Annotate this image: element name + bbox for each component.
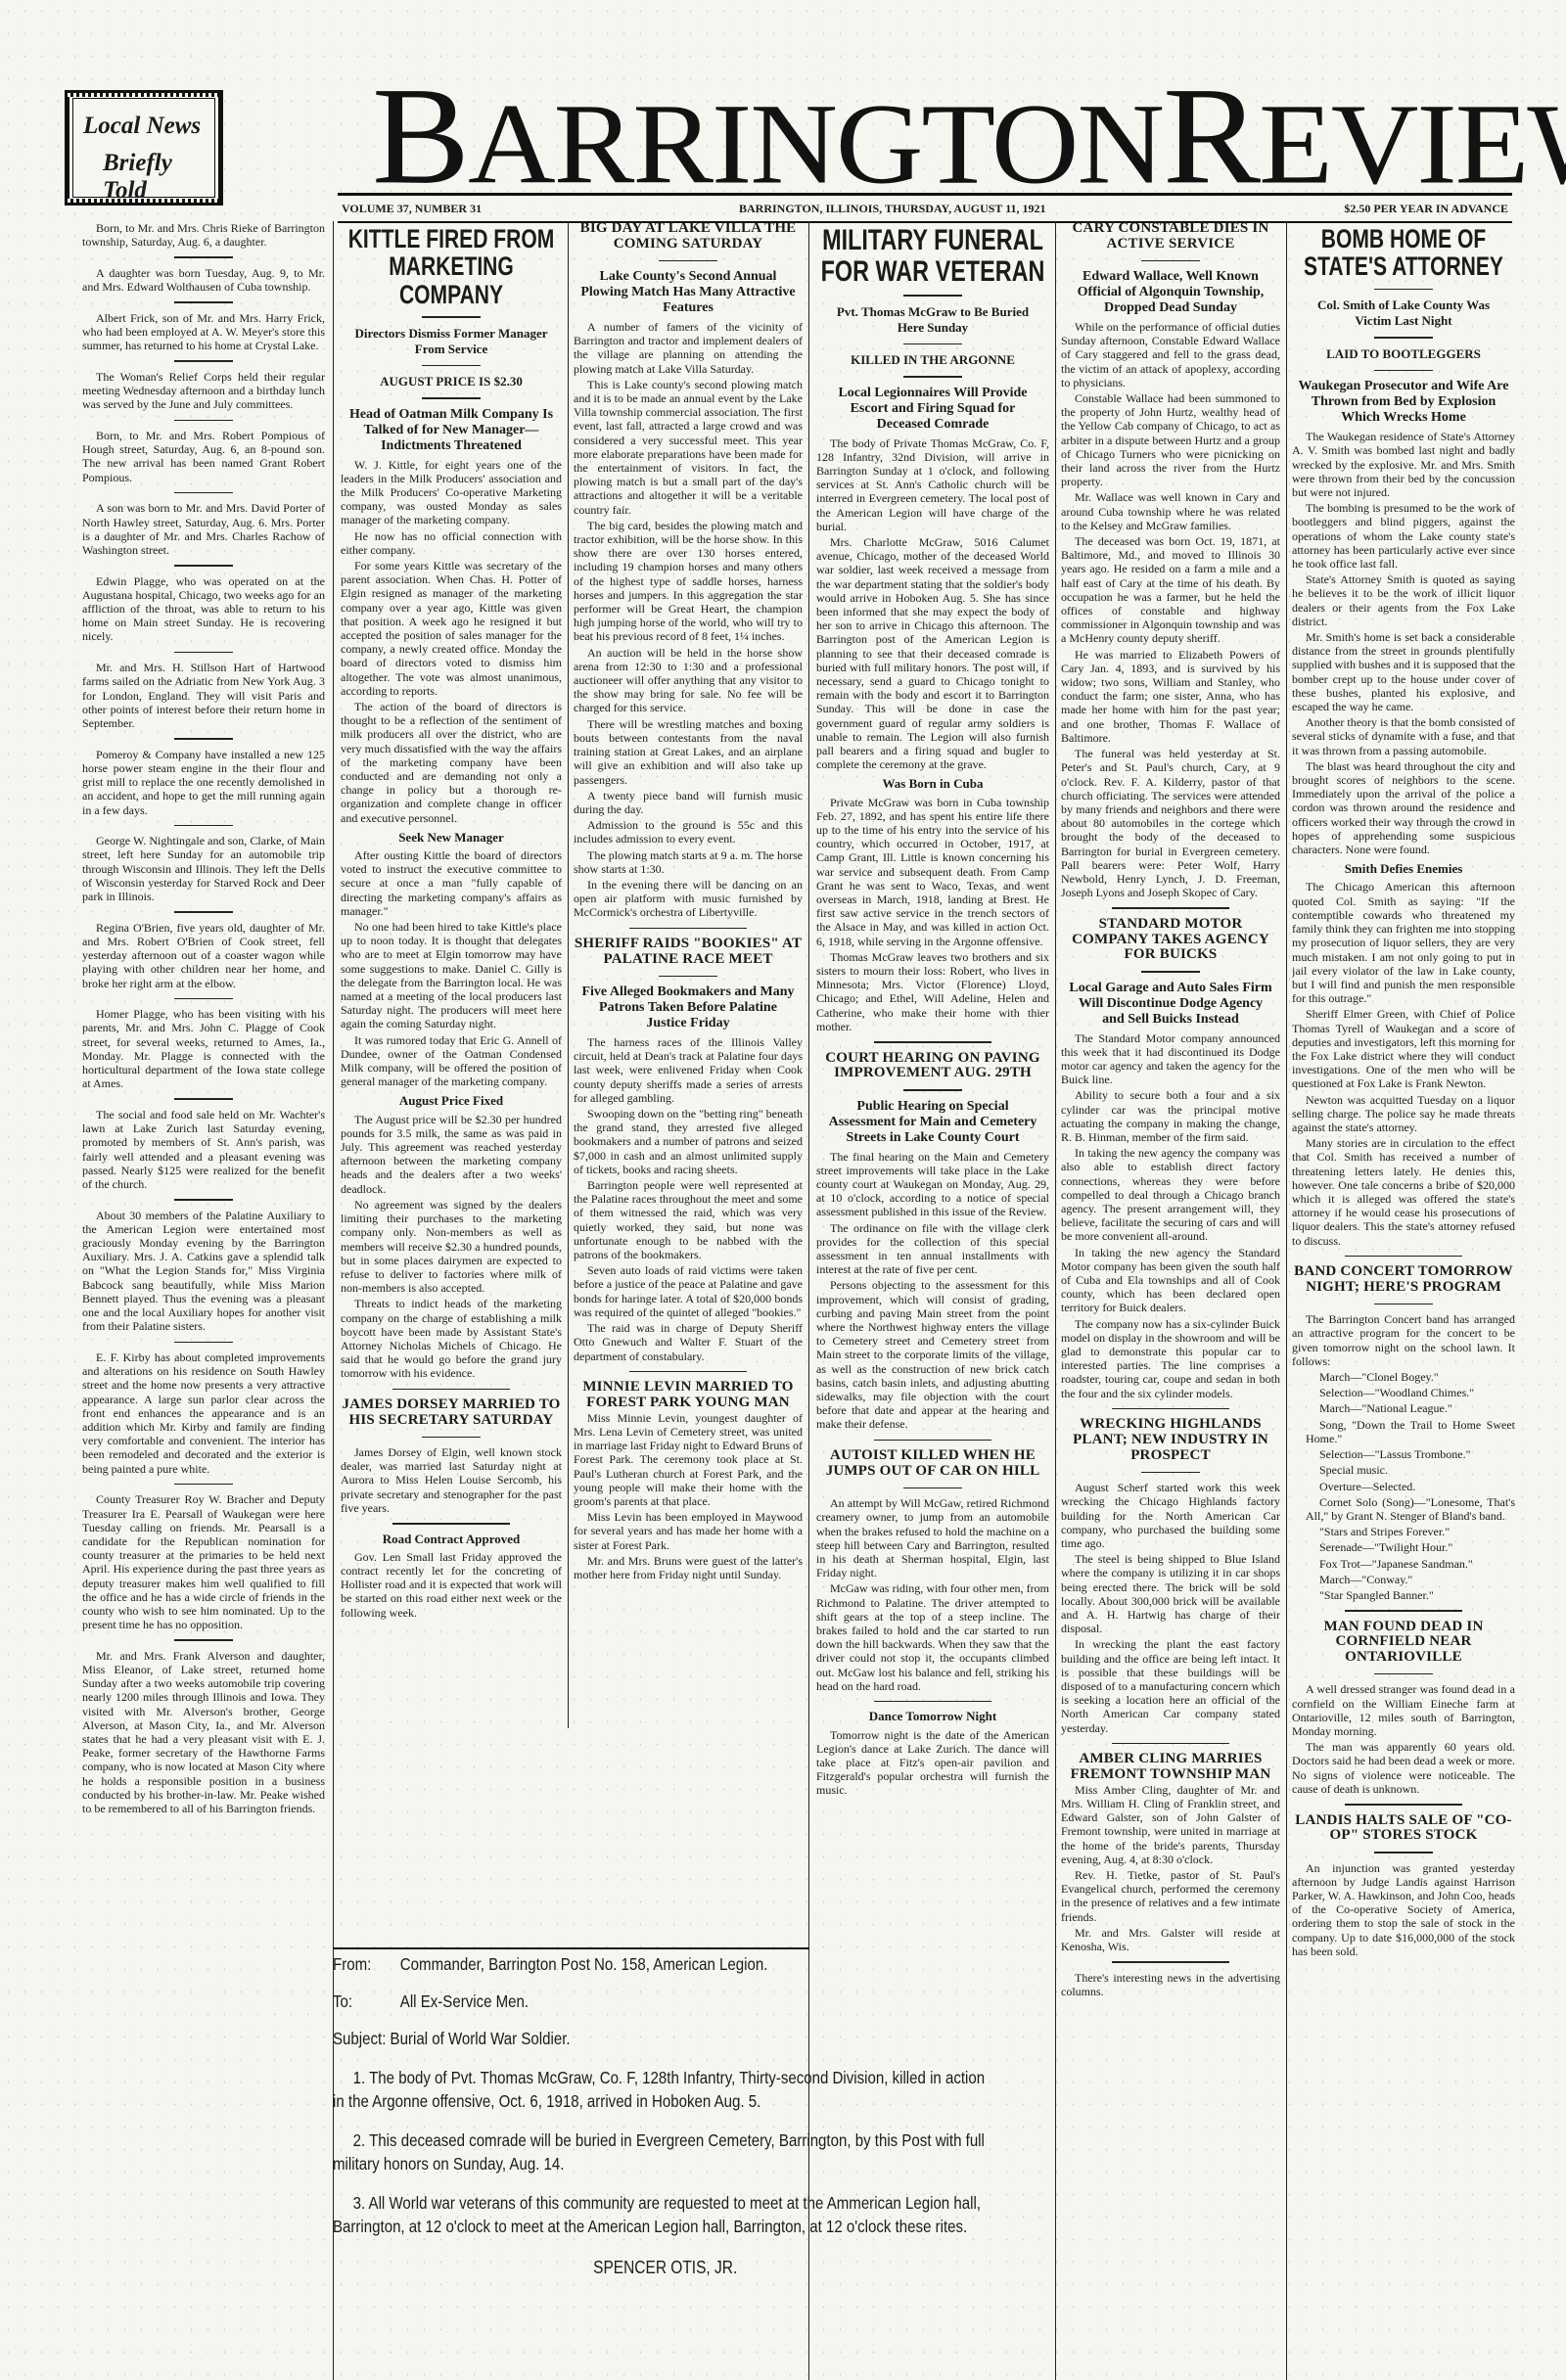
separator-rule: [1374, 370, 1433, 372]
deck: Directors Dismiss Former Manager From Se…: [346, 326, 556, 357]
program-item: March—"Conway.": [1292, 1573, 1515, 1586]
column-rule: [568, 221, 569, 1728]
paragraph: Constable Wallace had been summoned to t…: [1061, 391, 1280, 488]
separator-rule: [174, 256, 233, 258]
masthead: BARRINGTONREVIEW: [372, 78, 1507, 196]
local-news-item: A son was born to Mr. and Mrs. David Por…: [82, 501, 325, 557]
separator-rule: [659, 976, 717, 978]
separator-rule: [1374, 289, 1433, 291]
headline: JAMES DORSEY MARRIED TO HIS SECRETARY SA…: [341, 1397, 562, 1429]
from-value: Commander, Barrington Post No. 158, Amer…: [400, 1952, 768, 1976]
paragraph: Gov. Len Small last Friday approved the …: [341, 1550, 562, 1620]
paragraph: The man was apparently 60 years old. Doc…: [1292, 1740, 1515, 1796]
paragraph: No one had been hired to take Kittle's p…: [341, 920, 562, 1031]
separator-rule: [174, 1484, 233, 1486]
paragraph: Sheriff Elmer Green, with Chief of Polic…: [1292, 1007, 1515, 1090]
deck: LAID TO BOOTLEGGERS: [1298, 346, 1509, 362]
paragraph: There will be wrestling matches and boxi…: [574, 717, 803, 787]
local-news-item: Homer Plagge, who has been visiting with…: [82, 1007, 325, 1090]
deck: Col. Smith of Lake County Was Victim Las…: [1298, 297, 1509, 329]
local-news-box: Local News Briefly Told: [65, 90, 223, 206]
separator-rule: [629, 928, 747, 930]
separator-rule: [1112, 907, 1229, 909]
dateline-bar: VOLUME 37, NUMBER 31 BARRINGTON, ILLINOI…: [338, 193, 1512, 223]
headline: COURT HEARING ON PAVING IMPROVEMENT AUG.…: [816, 1051, 1049, 1082]
separator-rule: [1345, 1256, 1462, 1258]
column-bomb-story: BOMB HOME OF STATE'S ATTORNEYCol. Smith …: [1292, 221, 1515, 2380]
local-news-item: Mr. and Mrs. Frank Alverson and daughter…: [82, 1649, 325, 1815]
paragraph: The plowing match starts at 9 a. m. The …: [574, 848, 803, 876]
separator-rule: [174, 565, 233, 567]
program-item: Cornet Solo (Song)—"Lonesome, That's All…: [1292, 1495, 1515, 1523]
separator-rule: [1112, 1408, 1229, 1410]
local-news-item: About 30 members of the Palatine Auxilia…: [82, 1209, 325, 1334]
paragraph: Barrington people were well represented …: [574, 1178, 803, 1261]
paragraph: An injunction was granted yesterday afte…: [1292, 1861, 1515, 1958]
paragraph: In the evening there will be dancing on …: [574, 878, 803, 920]
paragraph: Another theory is that the bomb consiste…: [1292, 715, 1515, 757]
separator-rule: [174, 738, 233, 740]
deck: Local Garage and Auto Sales Firm Will Di…: [1067, 981, 1274, 1028]
headline: STANDARD MOTOR COMPANY TAKES AGENCY FOR …: [1061, 917, 1280, 963]
separator-rule: [174, 301, 233, 303]
local-news-item: Pomeroy & Company have installed a new 1…: [82, 748, 325, 817]
local-news-item: Mr. and Mrs. H. Stillson Hart of Hartwoo…: [82, 661, 325, 730]
local-news-item: The Woman's Relief Corps held their regu…: [82, 370, 325, 412]
paragraph: Mrs. Charlotte McGraw, 5016 Calumet aven…: [816, 535, 1049, 771]
separator-rule: [392, 1523, 510, 1525]
paragraph: After ousting Kittle the board of direct…: [341, 848, 562, 918]
separator-rule: [174, 1199, 233, 1201]
local-news-item: Edwin Plagge, who was operated on at the…: [82, 574, 325, 644]
paragraph: This is Lake county's second plowing mat…: [574, 378, 803, 517]
deck: Lake County's Second Annual Plowing Matc…: [579, 269, 797, 316]
separator-rule: [392, 1389, 510, 1391]
paragraph: Mr. and Mrs. Galster will reside at Keno…: [1061, 1926, 1280, 1953]
paragraph: The big card, besides the plowing match …: [574, 519, 803, 644]
separator-rule: [903, 343, 962, 345]
paragraph: He now has no official connection with e…: [341, 529, 562, 557]
column-rule: [1286, 221, 1287, 2380]
column-cary-constable: CARY CONSTABLE DIES IN ACTIVE SERVICEEdw…: [1061, 221, 1280, 2380]
paragraph: He was married to Elizabeth Powers of Ca…: [1061, 648, 1280, 745]
separator-rule: [174, 492, 233, 494]
paragraph: Seven auto loads of raid victims were ta…: [574, 1263, 803, 1319]
paragraph: August Scherf started work this week wre…: [1061, 1481, 1280, 1550]
separator-rule: [903, 376, 962, 378]
title-part-2: REVIEW: [1163, 80, 1566, 207]
separator-rule: [659, 260, 717, 262]
separator-rule: [422, 1437, 481, 1439]
headline: WRECKING HIGHLANDS PLANT; NEW INDUSTRY I…: [1061, 1417, 1280, 1463]
briefly-told-label: Briefly Told: [103, 150, 218, 205]
subheading: August Price Fixed: [341, 1094, 562, 1108]
paragraph: In taking the new agency the Standard Mo…: [1061, 1246, 1280, 1315]
paragraph: Admission to the ground is 55c and this …: [574, 818, 803, 846]
paragraph: Tomorrow night is the date of the Americ…: [816, 1728, 1049, 1798]
deck: Pvt. Thomas McGraw to Be Buried Here Sun…: [822, 304, 1043, 336]
separator-rule: [903, 295, 962, 297]
column-kittle-story: KITTLE FIRED FROM MARKETING COMPANYDirec…: [341, 221, 562, 1728]
paragraph: In taking the new agency the company was…: [1061, 1146, 1280, 1243]
from-label: From:: [333, 1952, 400, 1976]
paragraph: The final hearing on the Main and Cemete…: [816, 1150, 1049, 1219]
separator-rule: [629, 1371, 747, 1373]
column-lake-villa-story: BIG DAY AT LAKE VILLA THE COMING SATURDA…: [574, 221, 803, 1728]
local-news-item: The social and food sale held on Mr. Wac…: [82, 1108, 325, 1191]
paragraph: Private McGraw was born in Cuba township…: [816, 796, 1049, 948]
program-item: "Stars and Stripes Forever.": [1292, 1525, 1515, 1538]
paragraph: James Dorsey of Elgin, well known stock …: [341, 1445, 562, 1515]
paragraph: Mr. and Mrs. Bruns were guest of the lat…: [574, 1554, 803, 1581]
program-item: "Star Spangled Banner.": [1292, 1588, 1515, 1602]
paragraph: The August price will be $2.30 per hundr…: [341, 1113, 562, 1196]
headline: MAN FOUND DEAD IN CORNFIELD NEAR ONTARIO…: [1292, 1620, 1515, 1666]
local-news-item: County Treasurer Roy W. Bracher and Depu…: [82, 1492, 325, 1631]
separator-rule: [1345, 1610, 1462, 1612]
subheading: Was Born in Cuba: [816, 777, 1049, 791]
paragraph: The steel is being shipped to Blue Islan…: [1061, 1552, 1280, 1635]
headline: BOMB HOME OF STATE'S ATTORNEY: [1292, 225, 1515, 281]
separator-rule: [174, 652, 233, 654]
deck: Head of Oatman Milk Company Is Talked of…: [346, 407, 556, 454]
subheading: Smith Defies Enemies: [1292, 862, 1515, 876]
headline: MILITARY FUNERAL FOR WAR VETERAN: [816, 225, 1049, 287]
subject-line: Subject: Burial of World War Soldier.: [333, 2027, 997, 2050]
paragraph: The body of Private Thomas McGraw, Co. F…: [816, 436, 1049, 533]
program-item: Fox Trot—"Japanese Sandman.": [1292, 1557, 1515, 1571]
deck: Five Alleged Bookmakers and Many Patrons…: [579, 984, 797, 1031]
paragraph: Swooping down on the "betting ring" bene…: [574, 1107, 803, 1176]
volume-number: VOLUME 37, NUMBER 31: [342, 202, 482, 216]
paragraph: A number of famers of the vicinity of Ba…: [574, 320, 803, 376]
paragraph: The bombing is presumed to be the work o…: [1292, 501, 1515, 571]
paragraph: In wrecking the plant the east factory b…: [1061, 1637, 1280, 1734]
to-value: All Ex-Service Men.: [400, 1990, 529, 2013]
paragraph: Newton was acquitted Tuesday on a liquor…: [1292, 1093, 1515, 1135]
paragraph: No agreement was signed by the dealers l…: [341, 1198, 562, 1295]
paragraph: The Barrington Concert band has arranged…: [1292, 1312, 1515, 1368]
paragraph: The Standard Motor company announced thi…: [1061, 1031, 1280, 1087]
separator-rule: [174, 825, 233, 827]
headline: AMBER CLING MARRIES FREMONT TOWNSHIP MAN: [1061, 1752, 1280, 1783]
headline: BAND CONCERT TOMORROW NIGHT; HERE'S PROG…: [1292, 1264, 1515, 1296]
paragraph: Rev. H. Tietke, pastor of St. Paul's Eva…: [1061, 1868, 1280, 1924]
subscription-price: $2.50 PER YEAR IN ADVANCE: [1344, 202, 1508, 216]
paragraph: Many stories are in circulation to the e…: [1292, 1136, 1515, 1248]
paragraph: The raid was in charge of Deputy Sheriff…: [574, 1321, 803, 1363]
subheading: Seek New Manager: [341, 831, 562, 845]
headline: SHERIFF RAIDS "BOOKIES" AT PALATINE RACE…: [574, 937, 803, 968]
headline: CARY CONSTABLE DIES IN ACTIVE SERVICE: [1061, 221, 1280, 252]
headline: BIG DAY AT LAKE VILLA THE COMING SATURDA…: [574, 221, 803, 252]
program-item: Selection—"Lassus Trombone.": [1292, 1447, 1515, 1461]
paragraph: Thomas McGraw leaves two brothers and si…: [816, 950, 1049, 1033]
notice-signature: SPENCER OTIS, JR.: [333, 2256, 997, 2279]
legion-notice: From:Commander, Barrington Post No. 158,…: [333, 1952, 997, 2279]
separator-rule: [1141, 971, 1200, 973]
paragraph: Threats to indict heads of the marketing…: [341, 1297, 562, 1380]
separator-rule: [874, 1041, 991, 1043]
deck: KILLED IN THE ARGONNE: [822, 352, 1043, 368]
separator-rule: [1112, 1961, 1229, 1963]
title-part-1: BARRINGTON: [372, 80, 1163, 207]
paragraph: Ability to secure both a four and a six …: [1061, 1088, 1280, 1144]
local-news-item: Born, to Mr. and Mrs. Robert Pompious of…: [82, 429, 325, 484]
headline: AUTOIST KILLED WHEN HE JUMPS OUT OF CAR …: [816, 1448, 1049, 1480]
paragraph: The ordinance on file with the village c…: [816, 1221, 1049, 1277]
deck: Edward Wallace, Well Known Official of A…: [1067, 269, 1274, 316]
separator-rule: [174, 998, 233, 1000]
separator-rule: [1374, 1673, 1433, 1675]
paragraph: The deceased was born Oct. 19, 1871, at …: [1061, 534, 1280, 646]
place-date: BARRINGTON, ILLINOIS, THURSDAY, AUGUST 1…: [739, 202, 1046, 216]
program-item: Serenade—"Twilight Hour.": [1292, 1540, 1515, 1554]
separator-rule: [903, 1487, 962, 1489]
notice-item: 3. All World war veterans of this commun…: [333, 2191, 997, 2238]
separator-rule: [422, 397, 481, 399]
local-news-item: E. F. Kirby has about completed improvem…: [82, 1350, 325, 1476]
local-news-label: Local News: [83, 113, 201, 140]
paragraph: It was rumored today that Eric G. Annell…: [341, 1033, 562, 1089]
separator-rule: [174, 1639, 233, 1641]
paragraph: Miss Amber Cling, daughter of Mr. and Mr…: [1061, 1783, 1280, 1866]
paragraph: For some years Kittle was secretary of t…: [341, 559, 562, 698]
separator-rule: [174, 911, 233, 913]
separator-rule: [874, 1701, 991, 1703]
paragraph: McGaw was riding, with four other men, f…: [816, 1581, 1049, 1693]
newspaper-title: BARRINGTONREVIEW: [372, 78, 1566, 202]
deck: Waukegan Prosecutor and Wife Are Thrown …: [1298, 379, 1509, 426]
notice-item: 1. The body of Pvt. Thomas McGraw, Co. F…: [333, 2066, 997, 2113]
separator-rule: [422, 316, 481, 318]
notice-item: 2. This deceased comrade will be buried …: [333, 2128, 997, 2175]
notice-rule: [333, 1947, 808, 1949]
program-item: Overture—Selected.: [1292, 1480, 1515, 1493]
closing-note: There's interesting news in the advertis…: [1061, 1971, 1280, 1998]
headline: KITTLE FIRED FROM MARKETING COMPANY: [341, 225, 562, 308]
separator-rule: [1112, 1743, 1229, 1745]
newspaper-page: Local News Briefly Told BARRINGTONREVIEW…: [0, 0, 1566, 2380]
paragraph: A well dressed stranger was found dead i…: [1292, 1682, 1515, 1738]
paragraph: The funeral was held yesterday at St. Pe…: [1061, 747, 1280, 899]
headline: LANDIS HALTS SALE OF "CO-OP" STORES STOC…: [1292, 1813, 1515, 1845]
separator-rule: [874, 1440, 991, 1442]
separator-rule: [1374, 1852, 1433, 1854]
local-news-item: Albert Frick, son of Mr. and Mrs. Harry …: [82, 311, 325, 353]
local-news-item: A daughter was born Tuesday, Aug. 9, to …: [82, 266, 325, 294]
separator-rule: [174, 1342, 233, 1344]
paragraph: State's Attorney Smith is quoted as sayi…: [1292, 572, 1515, 628]
subheading: Dance Tomorrow Night: [816, 1710, 1049, 1723]
paragraph: Miss Levin has been employed in Maywood …: [574, 1510, 803, 1552]
paragraph: The blast was heard throughout the city …: [1292, 759, 1515, 856]
separator-rule: [903, 1089, 962, 1091]
column-rule: [1055, 221, 1056, 2380]
headline: MINNIE LEVIN MARRIED TO FOREST PARK YOUN…: [574, 1380, 803, 1411]
local-news-item: Born, to Mr. and Mrs. Chris Rieke of Bar…: [82, 221, 325, 249]
program-item: Song, "Down the Trail to Home Sweet Home…: [1292, 1418, 1515, 1445]
separator-rule: [1141, 260, 1200, 262]
paragraph: W. J. Kittle, for eight years one of the…: [341, 458, 562, 527]
separator-rule: [174, 420, 233, 422]
separator-rule: [1374, 1304, 1433, 1305]
paragraph: The company now has a six-cylinder Buick…: [1061, 1317, 1280, 1400]
deck: AUGUST PRICE IS $2.30: [346, 374, 556, 389]
paragraph: An auction will be held in the horse sho…: [574, 646, 803, 715]
paragraph: A twenty piece band will furnish music d…: [574, 789, 803, 816]
paragraph: An attempt by Will McGaw, retired Richmo…: [816, 1496, 1049, 1579]
paragraph: Miss Minnie Levin, youngest daughter of …: [574, 1411, 803, 1508]
separator-rule: [1374, 337, 1433, 339]
deck: Public Hearing on Special Assessment for…: [822, 1099, 1043, 1146]
program-item: March—"National League.": [1292, 1401, 1515, 1415]
program-item: Selection—"Woodland Chimes.": [1292, 1386, 1515, 1399]
separator-rule: [174, 360, 233, 362]
column-local-news: Born, to Mr. and Mrs. Chris Rieke of Bar…: [82, 221, 325, 2380]
separator-rule: [174, 1098, 233, 1100]
paragraph: Persons objecting to the assessment for …: [816, 1278, 1049, 1431]
local-news-item: Regina O'Brien, five years old, daughter…: [82, 921, 325, 990]
to-label: To:: [333, 1990, 400, 2013]
paragraph: Mr. Wallace was well known in Cary and a…: [1061, 490, 1280, 532]
local-news-item: George W. Nightingale and son, Clarke, o…: [82, 834, 325, 903]
paragraph: The action of the board of directors is …: [341, 700, 562, 825]
program-item: Special music.: [1292, 1463, 1515, 1477]
paragraph: The harness races of the Illinois Valley…: [574, 1035, 803, 1105]
paragraph: The Chicago American this afternoon quot…: [1292, 880, 1515, 1005]
separator-rule: [422, 365, 481, 367]
paragraph: The Waukegan residence of State's Attorn…: [1292, 430, 1515, 499]
separator-rule: [1345, 1804, 1462, 1806]
paragraph: Mr. Smith's home is set back a considera…: [1292, 630, 1515, 713]
program-item: March—"Clonel Bogey.": [1292, 1370, 1515, 1384]
paragraph: While on the performance of official dut…: [1061, 320, 1280, 389]
deck: Local Legionnaires Will Provide Escort a…: [822, 386, 1043, 433]
separator-rule: [1141, 1472, 1200, 1474]
subheading: Road Contract Approved: [341, 1533, 562, 1546]
